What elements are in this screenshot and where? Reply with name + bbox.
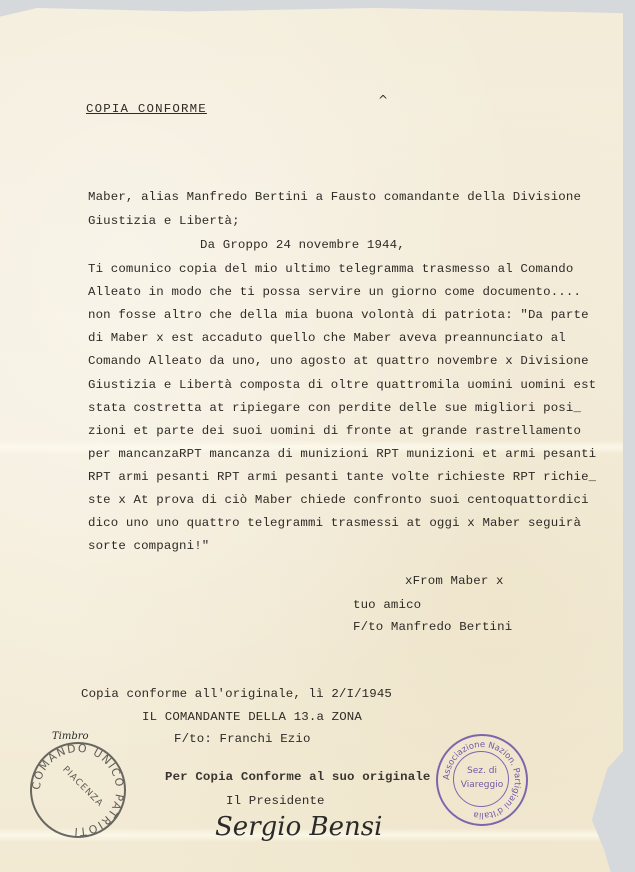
body-line: per mancanzaRPT mancanza di munizioni RP… [88,447,596,461]
body-line: sorte compagni!" [88,539,209,553]
body-line: dico uno uno quattro telegrammi trasmess… [88,516,581,530]
body-line: Alleato in modo che ti possa servire un … [88,285,581,299]
body-line: Giustizia e Libertà composta di oltre qu… [88,378,596,392]
closing-from: xFrom Maber x [405,574,504,588]
body-line: stata costretta at ripiegare con perdite… [88,401,581,415]
body-line: zioni et parte dei suoi uomini di fronte… [88,424,581,438]
stamp-inner-ring [453,751,509,807]
certification-line-1: Copia conforme all'originale, lì 2/I/194… [81,687,392,701]
attestation-line-2: Il Presidente [226,794,325,808]
comando-unico-stamp: COMANDO UNICO PATRIOTI PIACENZA [30,742,126,838]
stamp-center-line-2: Viareggio [438,780,526,790]
president-signature: Sergio Bensi [215,812,382,842]
body-line: di Maber x est accaduto quello che Maber… [88,331,566,345]
body-line: non fosse altro che della mia buona volo… [88,308,589,322]
body-line: ste x At prova di ciò Maber chiede confr… [88,493,589,507]
certification-line-2: IL COMANDANTE DELLA 13.a ZONA [142,710,362,724]
certification-line-3: F/to: Franchi Ezio [174,732,311,746]
body-line: Ti comunico copia del mio ultimo telegra… [88,262,573,276]
attestation-line-1: Per Copia Conforme al suo originale [165,770,431,784]
document-title: COPIA CONFORME [86,102,207,116]
salutation-line-2: Giustizia e Libertà; [88,214,240,228]
place-date: Da Groppo 24 novembre 1944, [200,238,405,252]
body-line: RPT armi pesanti RPT armi pesanti tante … [88,470,596,484]
corner-mark: ^ [378,93,388,107]
body-line: Comando Alleato da uno, uno agosto at qu… [88,354,589,368]
closing-signed: F/to Manfredo Bertini [353,620,512,634]
handwritten-annotation: Timbro [52,731,89,742]
closing-regards: tuo amico [353,598,421,612]
salutation-line-1: Maber, alias Manfredo Bertini a Fausto c… [88,190,581,204]
anpi-stamp: Associazione Nazion. Partigiani d'Italia… [436,734,528,826]
stamp-center-line-1: Sez. di [438,766,526,776]
